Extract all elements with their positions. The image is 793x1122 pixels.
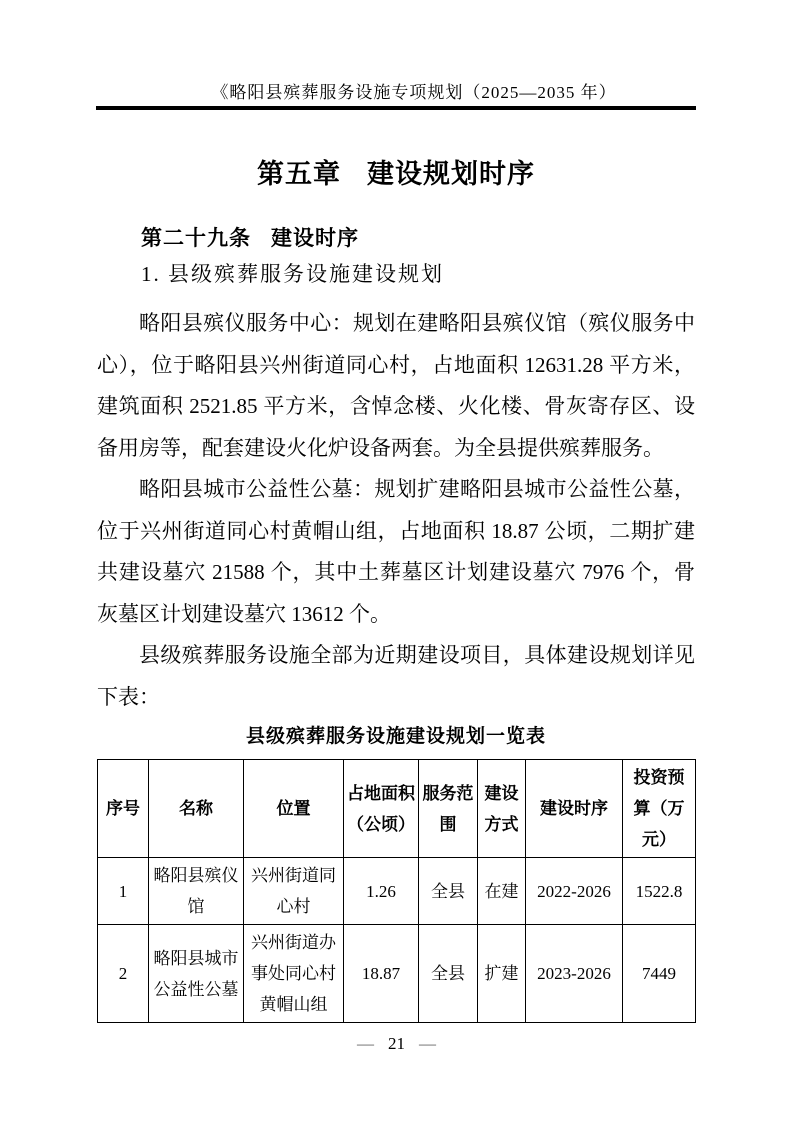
header-cell-index: 序号	[98, 760, 149, 858]
section-number: 第二十九条	[141, 226, 251, 250]
table-cell-scope: 全县	[419, 858, 478, 925]
table-cell-area: 1.26	[344, 858, 419, 925]
page-number: 21	[388, 1034, 405, 1053]
table-title: 县级殡葬服务设施建设规划一览表	[97, 724, 695, 750]
table-cell-location: 兴州街道办事处同心村黄帽山组	[244, 925, 344, 1023]
table-row: 2 略阳县城市公益性公墓 兴州街道办事处同心村黄帽山组 18.87 全县 扩建 …	[98, 925, 696, 1023]
header-cell-schedule: 建设时序	[526, 760, 623, 858]
table-cell-index: 2	[98, 925, 149, 1023]
table-cell-name: 略阳县殡仪馆	[149, 858, 244, 925]
body-paragraph-1: 略阳县殡仪服务中心：规划在建略阳县殡仪馆（殡仪服务中心），位于略阳县兴州街道同心…	[97, 303, 695, 469]
header-cell-scope: 服务范围	[419, 760, 478, 858]
chapter-number: 第五章	[257, 159, 341, 189]
table-header-row: 序号 名称 位置 占地面积（公顷） 服务范围 建设方式 建设时序 投资预算（万元…	[98, 760, 696, 858]
header-cell-area: 占地面积（公顷）	[344, 760, 419, 858]
county-facilities-table: 序号 名称 位置 占地面积（公顷） 服务范围 建设方式 建设时序 投资预算（万元…	[97, 759, 696, 1023]
table-row: 1 略阳县殡仪馆 兴州街道同心村 1.26 全县 在建 2022-2026 15…	[98, 858, 696, 925]
table-cell-index: 1	[98, 858, 149, 925]
table-cell-schedule: 2023-2026	[526, 925, 623, 1023]
footer-left-dash: —	[357, 1034, 374, 1053]
section-title: 建设时序	[271, 226, 359, 250]
table-cell-schedule: 2022-2026	[526, 858, 623, 925]
header-cell-budget: 投资预算（万元）	[623, 760, 696, 858]
table-cell-budget: 7449	[623, 925, 696, 1023]
footer-right-dash: —	[419, 1034, 436, 1053]
header-cell-location: 位置	[244, 760, 344, 858]
page-content: 第五章建设规划时序 第二十九条建设时序 1. 县级殡葬服务设施建设规划 略阳县殡…	[97, 155, 695, 1023]
table-cell-location: 兴州街道同心村	[244, 858, 344, 925]
chapter-title: 建设规划时序	[367, 159, 535, 189]
page-footer: —21—	[0, 1032, 793, 1056]
body-paragraph-2: 略阳县城市公益性公墓：规划扩建略阳县城市公益性公墓，位于兴州街道同心村黄帽山组，…	[97, 469, 695, 635]
table-cell-budget: 1522.8	[623, 858, 696, 925]
item-heading: 1. 县级殡葬服务设施建设规划	[97, 259, 695, 289]
header-double-rule	[96, 106, 696, 110]
chapter-heading: 第五章建设规划时序	[97, 155, 695, 193]
table-cell-mode: 在建	[478, 858, 526, 925]
table-cell-scope: 全县	[419, 925, 478, 1023]
document-page: 《略阳县殡葬服务设施专项规划（2025—2035 年） 第五章建设规划时序 第二…	[0, 0, 793, 1122]
section-heading: 第二十九条建设时序	[97, 223, 695, 253]
header-cell-mode: 建设方式	[478, 760, 526, 858]
body-paragraph-3: 县级殡葬服务设施全部为近期建设项目，具体建设规划详见下表：	[97, 635, 695, 718]
table-cell-mode: 扩建	[478, 925, 526, 1023]
table-cell-name: 略阳县城市公益性公墓	[149, 925, 244, 1023]
table-cell-area: 18.87	[344, 925, 419, 1023]
page-header-title: 《略阳县殡葬服务设施专项规划（2025—2035 年）	[97, 82, 695, 104]
header-cell-name: 名称	[149, 760, 244, 858]
